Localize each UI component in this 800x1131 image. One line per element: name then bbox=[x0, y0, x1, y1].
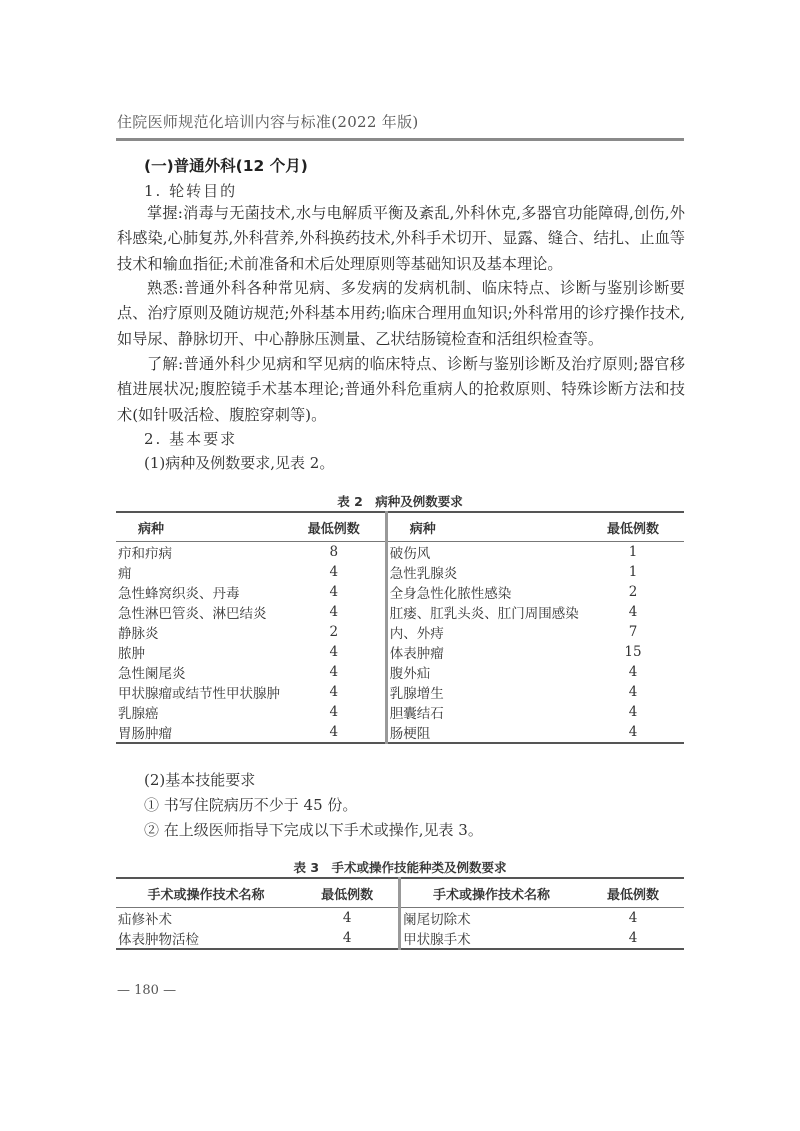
page-number: — 180 — bbox=[117, 983, 176, 998]
table2-disease-cases: 病种 最低例数 病种 最低例数 疖和疖病8破伤风1 痈4急性乳腺炎1 急性蜂窝织… bbox=[116, 511, 684, 744]
disease-name: 急性蜂窝织炎、丹毒 bbox=[116, 582, 283, 602]
min-cases: 4 bbox=[283, 562, 387, 582]
disease-name: 甲状腺瘤或结节性甲状腺肿 bbox=[116, 682, 283, 702]
column-header: 病种 bbox=[116, 512, 283, 542]
table-row: 急性淋巴管炎、淋巴结炎4肛瘘、肛乳头炎、肛门周围感染4 bbox=[116, 602, 684, 622]
column-header: 病种 bbox=[386, 512, 582, 542]
requirement-basic-skills: (2)基本技能要求 bbox=[144, 769, 255, 790]
disease-name: 破伤风 bbox=[386, 542, 582, 563]
table-row: 痈4急性乳腺炎1 bbox=[116, 562, 684, 582]
min-cases: 1 bbox=[582, 562, 684, 582]
column-header: 手术或操作技术名称 bbox=[400, 878, 582, 908]
min-cases: 1 bbox=[582, 542, 684, 563]
table-row: 甲状腺瘤或结节性甲状腺肿4乳腺增生4 bbox=[116, 682, 684, 702]
skill-item-surgery: ② 在上级医师指导下完成以下手术或操作,见表 3。 bbox=[144, 819, 483, 840]
min-cases: 4 bbox=[582, 908, 684, 929]
min-cases: 4 bbox=[283, 602, 387, 622]
paragraph-understand: 了解:普通外科少见病和罕见病的临床特点、诊断与鉴别诊断及治疗原则;器官移植进展状… bbox=[117, 352, 685, 428]
disease-name: 疖和疖病 bbox=[116, 542, 283, 563]
min-cases: 4 bbox=[582, 928, 684, 949]
disease-name: 腹外疝 bbox=[386, 662, 582, 682]
subsection-title-basic-requirements: 2. 基本要求 bbox=[144, 428, 237, 449]
paragraph-text: 了解:普通外科少见病和罕见病的临床特点、诊断与鉴别诊断及治疗原则;器官移植进展状… bbox=[117, 352, 685, 428]
header-divider bbox=[116, 138, 684, 141]
running-header: 住院医师规范化培训内容与标准(2022 年版) bbox=[117, 111, 419, 132]
min-cases: 15 bbox=[582, 642, 684, 662]
paragraph-familiar: 熟悉:普通外科各种常见病、多发病的发病机制、临床特点、诊断与鉴别诊断要点、治疗原… bbox=[117, 276, 685, 352]
procedure-name: 阑尾切除术 bbox=[400, 908, 582, 929]
table-row: 疖和疖病8破伤风1 bbox=[116, 542, 684, 563]
skill-item-medical-records: ① 书写住院病历不少于 45 份。 bbox=[144, 794, 357, 815]
disease-name: 体表肿瘤 bbox=[386, 642, 582, 662]
table-header-row: 病种 最低例数 病种 最低例数 bbox=[116, 512, 684, 542]
min-cases: 7 bbox=[582, 622, 684, 642]
disease-name: 全身急性化脓性感染 bbox=[386, 582, 582, 602]
disease-name: 急性淋巴管炎、淋巴结炎 bbox=[116, 602, 283, 622]
paragraph-master: 掌握:消毒与无菌技术,水与电解质平衡及紊乱,外科休克,多器官功能障碍,创伤,外科… bbox=[117, 201, 685, 277]
table-row: 乳腺癌4胆囊结石4 bbox=[116, 702, 684, 722]
paragraph-text: 掌握:消毒与无菌技术,水与电解质平衡及紊乱,外科休克,多器官功能障碍,创伤,外科… bbox=[117, 201, 685, 277]
table3-caption: 表 3 手术或操作技能种类及例数要求 bbox=[0, 858, 800, 876]
disease-name: 乳腺癌 bbox=[116, 702, 283, 722]
min-cases: 2 bbox=[582, 582, 684, 602]
min-cases: 4 bbox=[283, 702, 387, 722]
table-row: 体表肿物活检4甲状腺手术4 bbox=[116, 928, 684, 949]
column-header: 最低例数 bbox=[582, 512, 684, 542]
disease-name: 痈 bbox=[116, 562, 283, 582]
requirement-disease-cases: (1)病种及例数要求,见表 2。 bbox=[144, 452, 334, 473]
min-cases: 2 bbox=[283, 622, 387, 642]
table-row: 急性蜂窝织炎、丹毒4全身急性化脓性感染2 bbox=[116, 582, 684, 602]
min-cases: 4 bbox=[283, 582, 387, 602]
disease-name: 肠梗阻 bbox=[386, 722, 582, 743]
section-title: (一)普通外科(12 个月) bbox=[144, 154, 308, 176]
table-row: 急性阑尾炎4腹外疝4 bbox=[116, 662, 684, 682]
min-cases: 4 bbox=[296, 908, 400, 929]
disease-name: 内、外痔 bbox=[386, 622, 582, 642]
min-cases: 4 bbox=[283, 682, 387, 702]
paragraph-text: 熟悉:普通外科各种常见病、多发病的发病机制、临床特点、诊断与鉴别诊断要点、治疗原… bbox=[117, 276, 685, 352]
disease-name: 乳腺增生 bbox=[386, 682, 582, 702]
table-header-row: 手术或操作技术名称 最低例数 手术或操作技术名称 最低例数 bbox=[116, 878, 684, 908]
procedure-name: 疝修补术 bbox=[116, 908, 296, 929]
procedure-name: 体表肿物活检 bbox=[116, 928, 296, 949]
table-row: 脓肿4体表肿瘤15 bbox=[116, 642, 684, 662]
min-cases: 4 bbox=[283, 662, 387, 682]
disease-name: 胃肠肿瘤 bbox=[116, 722, 283, 743]
column-header: 最低例数 bbox=[283, 512, 387, 542]
table-row: 胃肠肿瘤4肠梗阻4 bbox=[116, 722, 684, 743]
column-header: 最低例数 bbox=[582, 878, 684, 908]
column-header: 最低例数 bbox=[296, 878, 400, 908]
table-row: 疝修补术4阑尾切除术4 bbox=[116, 908, 684, 929]
min-cases: 4 bbox=[582, 682, 684, 702]
min-cases: 4 bbox=[582, 722, 684, 743]
min-cases: 8 bbox=[283, 542, 387, 563]
table3-surgery-skills: 手术或操作技术名称 最低例数 手术或操作技术名称 最低例数 疝修补术4阑尾切除术… bbox=[116, 877, 684, 950]
table2-caption: 表 2 病种及例数要求 bbox=[0, 492, 800, 510]
min-cases: 4 bbox=[582, 662, 684, 682]
min-cases: 4 bbox=[582, 602, 684, 622]
disease-name: 肛瘘、肛乳头炎、肛门周围感染 bbox=[386, 602, 582, 622]
disease-name: 急性阑尾炎 bbox=[116, 662, 283, 682]
table-row: 静脉炎2内、外痔7 bbox=[116, 622, 684, 642]
disease-name: 胆囊结石 bbox=[386, 702, 582, 722]
disease-name: 静脉炎 bbox=[116, 622, 283, 642]
min-cases: 4 bbox=[283, 642, 387, 662]
column-header: 手术或操作技术名称 bbox=[116, 878, 296, 908]
disease-name: 急性乳腺炎 bbox=[386, 562, 582, 582]
min-cases: 4 bbox=[296, 928, 400, 949]
min-cases: 4 bbox=[283, 722, 387, 743]
subsection-title-rotation-goals: 1. 轮转目的 bbox=[144, 180, 237, 201]
procedure-name: 甲状腺手术 bbox=[400, 928, 582, 949]
min-cases: 4 bbox=[582, 702, 684, 722]
disease-name: 脓肿 bbox=[116, 642, 283, 662]
